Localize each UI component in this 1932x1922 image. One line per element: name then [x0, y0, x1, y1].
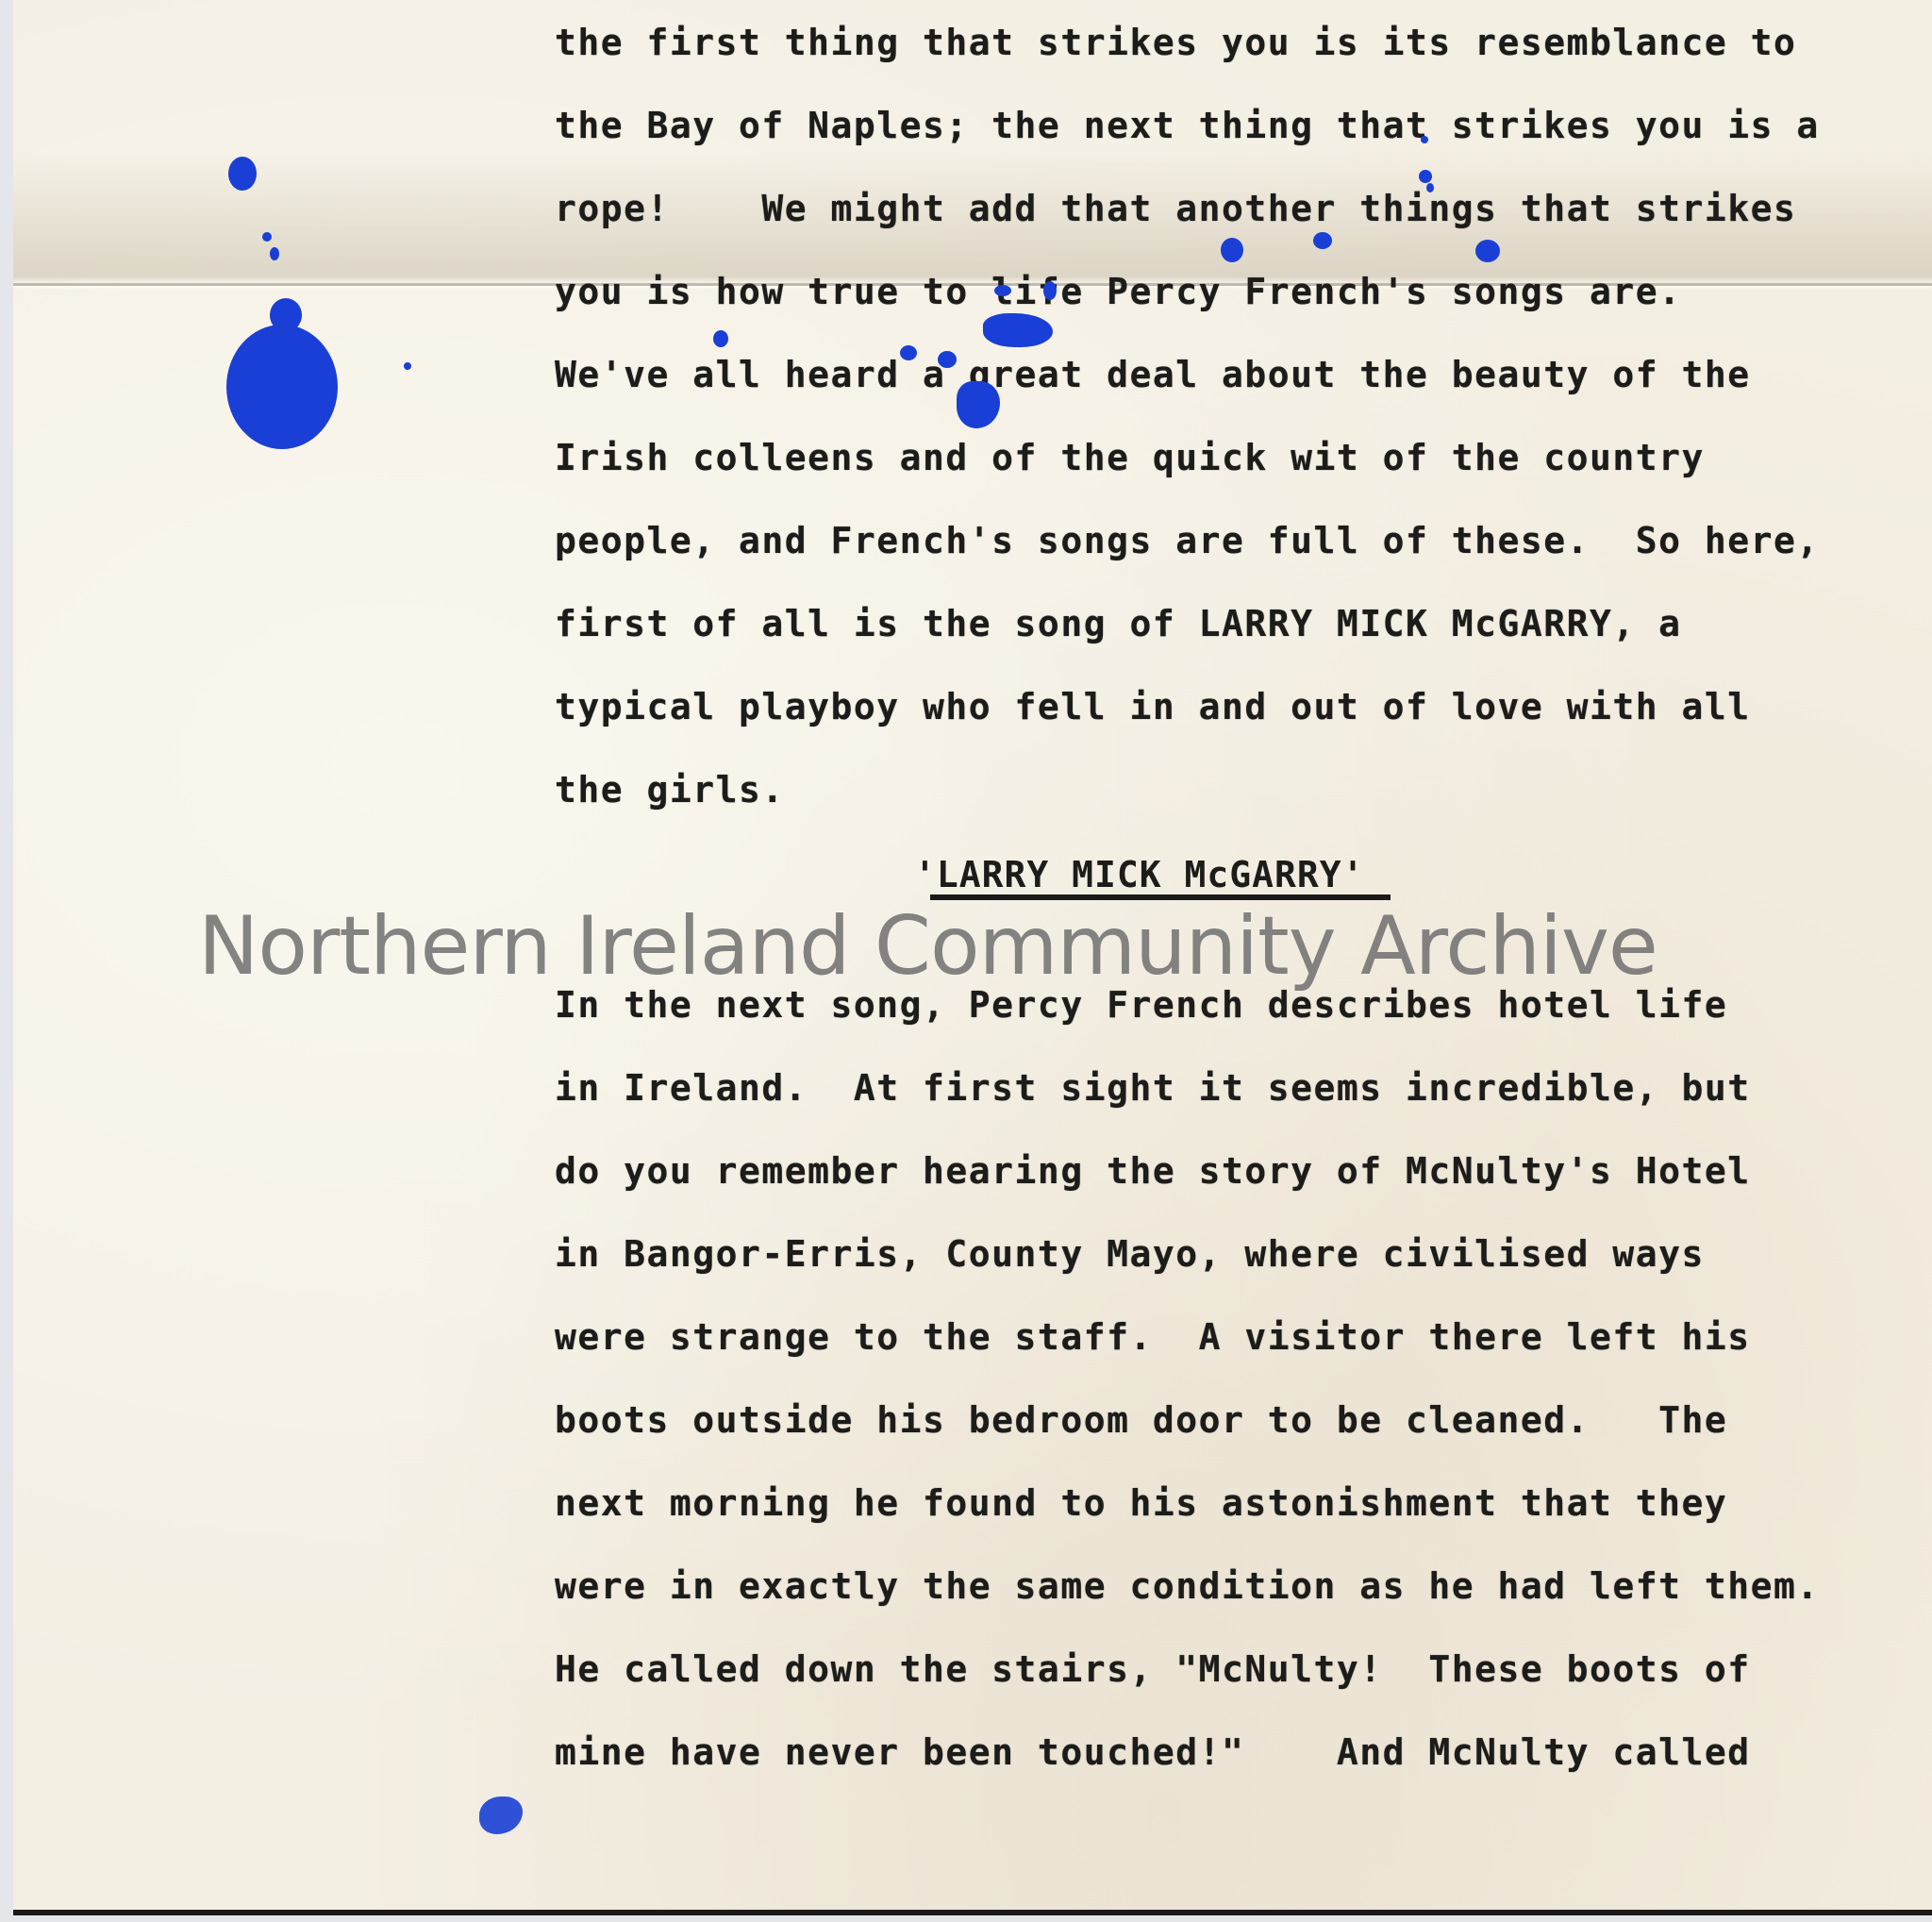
song-title: 'LARRY MICK McGARRY' — [914, 857, 1365, 893]
ink-blot-large — [226, 325, 338, 449]
ink-blot — [1419, 170, 1432, 183]
text-line: were in exactly the same condition as he… — [555, 1568, 1820, 1604]
text-line: do you remember hearing the story of McN… — [555, 1153, 1751, 1189]
ink-blot — [404, 362, 411, 370]
text-line: next morning he found to his astonishmen… — [555, 1485, 1727, 1521]
text-line: He called down the stairs, "McNulty! The… — [555, 1651, 1751, 1687]
document-page: the first thing that strikes you is its … — [13, 0, 1932, 1915]
archive-watermark: Northern Ireland Community Archive — [198, 906, 1657, 987]
ink-blot — [938, 351, 957, 368]
ink-blot — [994, 285, 1011, 296]
text-line: were strange to the staff. A visitor the… — [555, 1319, 1751, 1355]
text-line: Irish colleens and of the quick wit of t… — [555, 440, 1705, 476]
ink-blot — [228, 157, 257, 191]
ink-blot — [1421, 136, 1428, 143]
text-line: the first thing that strikes you is its … — [555, 25, 1796, 60]
text-line: in Bangor-Erris, County Mayo, where civi… — [555, 1236, 1705, 1272]
text-line: rope! We might add that another things t… — [555, 191, 1796, 226]
ink-blot — [1043, 281, 1057, 300]
ink-blot — [270, 298, 302, 332]
ink-blot — [713, 330, 728, 347]
text-line: boots outside his bedroom door to be cle… — [555, 1402, 1727, 1438]
ink-blot — [1313, 232, 1332, 249]
ink-blot — [262, 232, 272, 242]
text-line: people, and French's songs are full of t… — [555, 523, 1820, 559]
text-line: in Ireland. At first sight it seems incr… — [555, 1070, 1751, 1106]
ink-blot — [900, 345, 917, 360]
text-line: first of all is the song of LARRY MICK M… — [555, 606, 1682, 642]
text-line: the girls. — [555, 772, 785, 808]
text-line: mine have never been touched!" And McNul… — [555, 1734, 1751, 1770]
ink-blot — [479, 1797, 523, 1834]
ink-blot — [1426, 183, 1434, 192]
text-line: the Bay of Naples; the next thing that s… — [555, 108, 1820, 143]
text-line: you is how true to life Percy French's s… — [555, 274, 1682, 309]
ink-blot — [270, 247, 279, 260]
ink-blot — [1475, 240, 1500, 262]
text-line: typical playboy who fell in and out of l… — [555, 689, 1751, 725]
ink-blot — [1221, 238, 1243, 262]
text-line: We've all heard a great deal about the b… — [555, 357, 1751, 393]
ink-blot — [989, 317, 1011, 336]
text-line: In the next song, Percy French describes… — [555, 987, 1727, 1023]
ink-blot — [957, 381, 1000, 428]
